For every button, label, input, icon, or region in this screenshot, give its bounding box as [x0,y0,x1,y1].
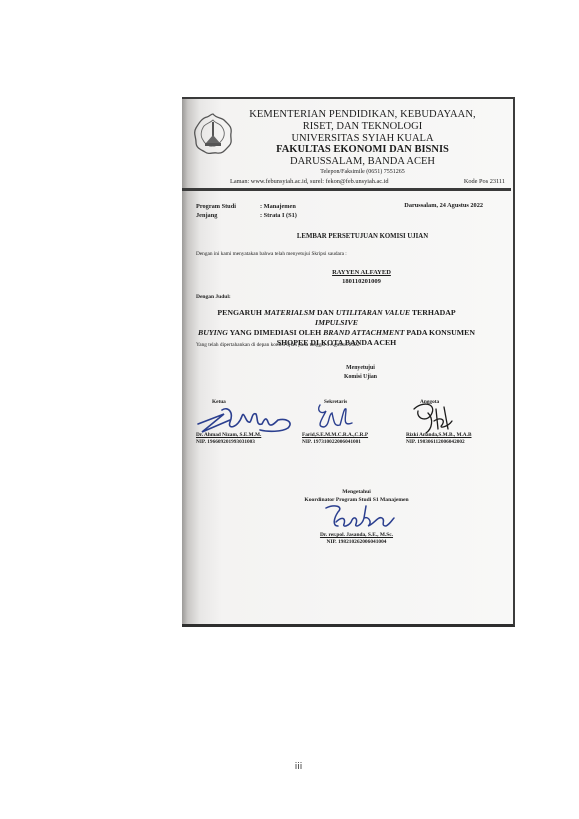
chair-nip: NIP. 196609201993031003 [196,439,261,446]
coordinator-name: Dr. rer.pol. Jasanda, S.E., M.Sc. [200,532,513,539]
sheet-title: LEMBAR PERSETUJUAN KOMISI UJIAN [182,233,513,240]
coordinator-signer: Dr. rer.pol. Jasanda, S.E., M.Sc. NIP. 1… [182,532,513,546]
member-signer: Rizki Ananda,S.M.B., M.A.B NIP. 19830611… [406,432,472,446]
member-signature [408,399,458,435]
thesis-title-segment: TERHADAP [410,308,456,317]
thesis-title-segment: YANG DIMEDIASI OLEH [228,328,323,337]
thesis-title-segment: BRAND ATTACHMENT [323,328,404,337]
thesis-title-segment: PADA KONSUMEN [404,328,474,337]
defense-text: Yang telah dipertahankan di depan komisi… [196,342,360,348]
thesis-title-segment: BUYING [198,328,228,337]
letterhead-university: UNIVERSITAS SYIAH KUALA [222,133,503,145]
thesis-title-segment: UTILITARAN VALUE [336,308,410,317]
chair-signature [194,402,299,436]
coordinator-nip: NIP. 198210262006041004 [200,539,513,546]
thesis-title-line-1: PENGARUH MATERIALSM DAN UTILITARAN VALUE… [196,308,477,328]
intro-text: Dengan ini kami menyatakan bahwa telah m… [196,251,347,257]
letterhead-ministry-2: RISET, DAN TEKNOLOGI [222,121,503,133]
student-info: RAYYEN ALFAYED 180110201009 [182,269,513,287]
thesis-title-segment: PENGARUH [217,308,264,317]
approval-line-2: Komisi Ujian [208,373,513,382]
member-nip: NIP. 198306112006042002 [406,439,472,446]
letterhead-postal-code: Kode Pos 23111 [464,178,505,185]
letterhead-faculty: FAKULTAS EKONOMI DAN BISNIS [222,144,503,156]
program-value: : Manajemen [260,202,296,211]
secretary-signer: Farid,S.E.M.M.C.R.A.,C.R.P NIP. 19731002… [302,432,368,446]
letterhead-location: DARUSSALAM, BANDA ACEH [222,156,503,168]
letterhead-contact: Laman: www.febunsyiah.ac.id, surel: feko… [230,178,389,185]
approval-line-1: Menyetujui [208,364,513,373]
secretary-signature [312,401,356,433]
approval-heading: Menyetujui Komisi Ujian [182,364,513,381]
letterhead-divider [182,188,511,191]
title-label: Dengan Judul: [196,294,231,300]
chair-signer: Dr. Ahmad Nizam, S.E.M.M. NIP. 196609201… [196,432,261,446]
place-date: Darussalam, 24 Agustus 2022 [404,202,483,209]
member-name: Rizki Ananda,S.M.B., M.A.B [406,432,472,439]
letterhead-contact-row: Laman: www.febunsyiah.ac.id, surel: feko… [230,178,505,185]
level-value: : Strata I (S1) [260,211,297,220]
letterhead-phone: Telepon/Faksimile (0651) 7551265 [222,169,503,176]
scanned-approval-sheet: KEMENTERIAN PENDIDIKAN, KEBUDAYAAN, RISE… [182,97,515,627]
thesis-title-segment: MATERIALSM [264,308,315,317]
student-id: 180110201009 [210,278,513,287]
acknowledgement-line-1: Mengetahui [200,488,513,496]
secretary-nip: NIP. 197310022006041001 [302,439,368,446]
letterhead-ministry: KEMENTERIAN PENDIDIKAN, KEBUDAYAAN, [222,109,503,121]
program-info: Program Studi : Manajemen Jenjang : Stra… [196,202,297,220]
thesis-title-segment: IMPULSIVE [315,318,358,327]
letterhead: KEMENTERIAN PENDIDIKAN, KEBUDAYAAN, RISE… [222,109,503,175]
thesis-title-line-2: BUYING YANG DIMEDIASI OLEH BRAND ATTACHM… [196,328,477,338]
chair-name: Dr. Ahmad Nizam, S.E.M.M. [196,432,261,439]
coordinator-signature [320,502,396,532]
level-label: Jenjang [196,211,260,220]
program-label: Program Studi [196,202,260,211]
student-name: RAYYEN ALFAYED [210,269,513,278]
secretary-name: Farid,S.E.M.M.C.R.A.,C.R.P [302,432,368,439]
thesis-title-segment: DAN [315,308,336,317]
page-number: iii [0,762,579,772]
